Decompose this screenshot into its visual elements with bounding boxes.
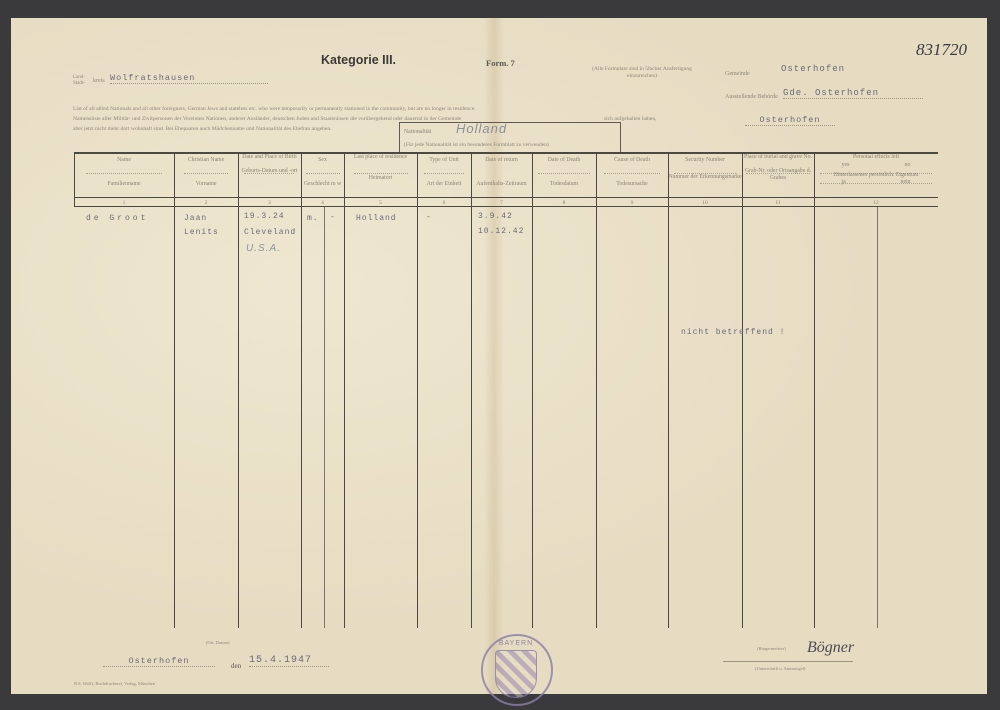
col-header-death-cause: Cause of DeathTodesursache: [596, 157, 668, 188]
entries-table: NameFamilienname Christian NameVorname D…: [74, 152, 938, 628]
document-sheet: 831720 Kategorie III. Form. 7 (Alle Form…: [11, 18, 987, 694]
coat-of-arms-icon: [495, 650, 537, 698]
first-name: Jaan: [184, 214, 207, 223]
col-header-burial: Place of burial and grave No.Grab-Nr. od…: [742, 154, 814, 182]
behoerde-label: Ausstellende Behörde: [725, 94, 778, 100]
col-header-effects: Personal effects left yesno Hinterlassen…: [814, 154, 938, 186]
signature-title: (Bürgermeister): [757, 646, 786, 651]
gemeinde-label: Gemeinde: [725, 71, 750, 77]
col-header-security-number: Security NumberNummer der Erkennungsmark…: [668, 157, 742, 181]
official-stamp: BAYERN: [481, 634, 553, 706]
printer-imprint: B.S. Wolff, Buchdruckerei, Verlag, Münch…: [74, 681, 155, 686]
intro-gemeinde-field: Osterhofen: [745, 115, 835, 126]
gemeinde-field: Osterhofen: [781, 64, 845, 74]
col-divider: [174, 152, 175, 628]
kreis-field: Wolfratshausen: [110, 73, 268, 84]
birth-country: U.S.A.: [246, 243, 281, 254]
col-header-residence: Last place of residenceHeimatort: [344, 154, 417, 182]
signature: Bögner: [807, 639, 854, 657]
copies-note: (Alle Formulare sind in 5facher Ausferti…: [587, 66, 697, 80]
nationality-field: Holland: [456, 121, 507, 136]
nationality-box: Nationalität Holland (Für jede Nationali…: [399, 122, 621, 154]
page-title: Kategorie III.: [321, 53, 396, 67]
col-header-sex: SexGeschlecht m w: [301, 157, 344, 188]
family-name: de Groot: [86, 214, 148, 223]
kreis-label: kreis: [93, 78, 105, 84]
stamp-text: BAYERN: [481, 640, 551, 647]
col-header-christian-name: Christian NameVorname: [174, 157, 238, 188]
remark-not-applicable: nicht betreffend !: [681, 328, 785, 337]
col-header-return: Date of returnAufenthalts-Zeitraum: [471, 157, 532, 188]
place-field: Osterhofen: [103, 656, 215, 667]
stay-to: 10.12.42: [478, 227, 524, 236]
residence: Holland: [356, 214, 397, 223]
stay-from: 3.9.42: [478, 212, 513, 221]
col-header-unit: Type of UnitArt der Einheit: [417, 157, 471, 188]
behoerde-field: Gde. Osterhofen: [783, 88, 923, 99]
col-header-death-date: Date of DeathTodesdatum: [532, 157, 596, 188]
sex-w: -: [330, 213, 336, 222]
intro-line-english: List of all allied Nationals and all oth…: [73, 104, 973, 114]
birth-place: Cleveland: [244, 228, 296, 237]
place-date-label: (Ort, Datum): [206, 640, 230, 645]
signature-note: (Unterschrift u. Amtssiegel): [755, 666, 805, 671]
unit: -: [426, 213, 432, 222]
land-label: Land- Stadt-: [73, 75, 85, 87]
nationality-note: (Für jede Nationalität ist ein besondere…: [404, 142, 549, 148]
archive-number: 831720: [916, 40, 967, 60]
colnum-rule: [74, 206, 938, 207]
form-number: Form. 7: [486, 58, 515, 68]
den-label: den: [231, 662, 241, 670]
col-header-birth: Date and Place of BirthGeburts-Datum und…: [238, 154, 301, 175]
birth-date: 19.3.24: [244, 212, 285, 221]
nationality-label: Nationalität: [404, 129, 431, 135]
header-rule: [74, 197, 938, 198]
first-name-2: Lenits: [184, 228, 219, 237]
signature-line: [723, 661, 853, 662]
date-field: 15.4.1947: [249, 655, 329, 667]
col-header-name: NameFamilienname: [74, 157, 174, 188]
sex: m.: [307, 214, 319, 223]
